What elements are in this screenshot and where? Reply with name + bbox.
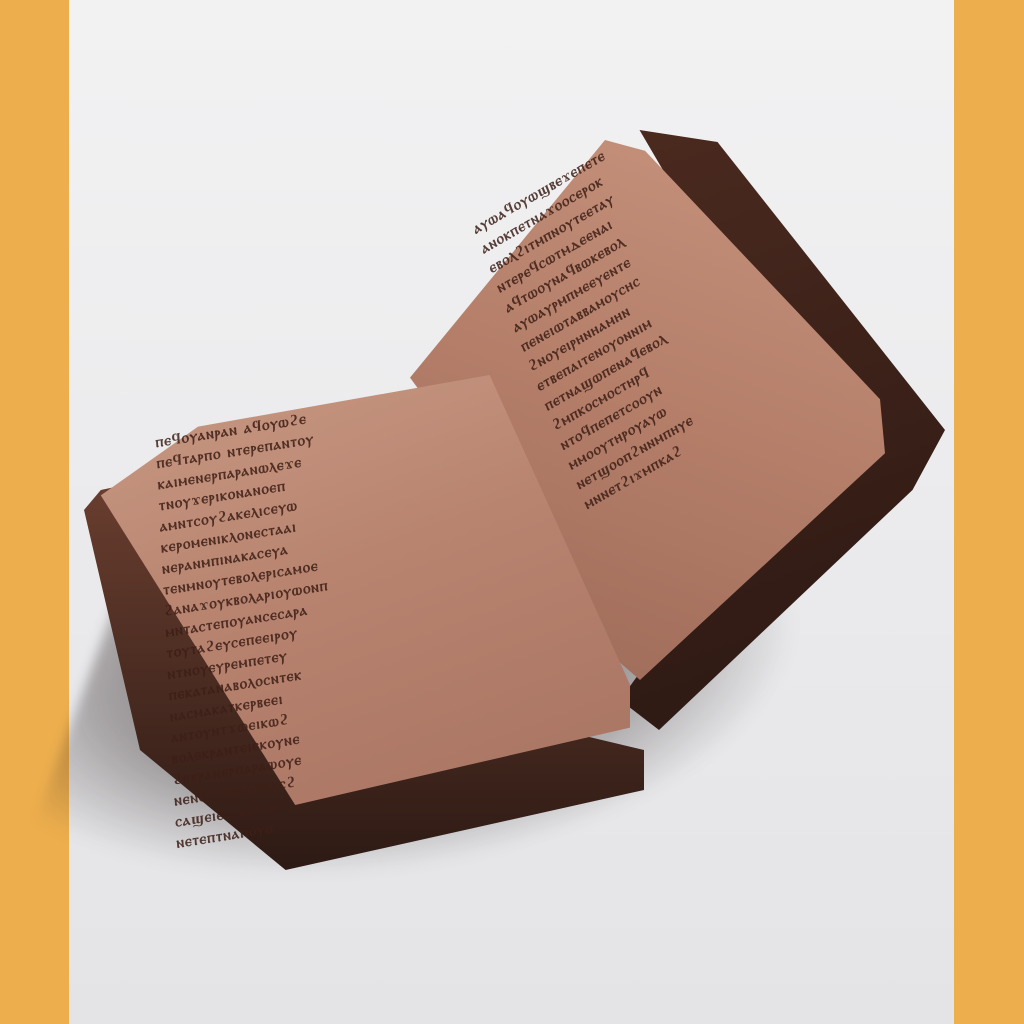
left-page-script: ⲡⲉϥⲟⲩⲁⲛⲣⲁⲛ ⲁϥⲟⲩⲱϩⲉ ⲡⲉϥⲧⲁⲣⲡⲟ ⲛⲧⲉⲣⲉⲡⲁⲛⲧⲟⲩ … [155, 406, 341, 854]
right-orange-frame-bar [954, 0, 1024, 1024]
